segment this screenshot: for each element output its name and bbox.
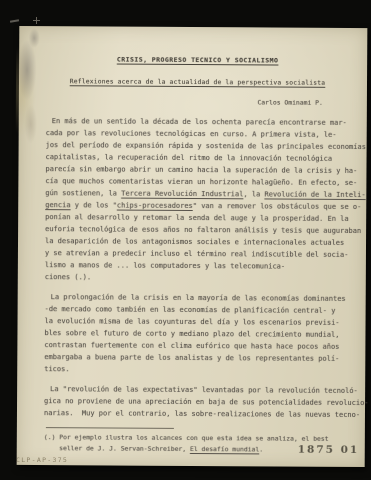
- author-name: Carlos Ominami P.: [46, 97, 349, 107]
- pencil-dash-mark: [10, 19, 19, 23]
- document-body: En más de un sentido la década de los oc…: [44, 115, 349, 421]
- pencil-plus-mark: [33, 17, 40, 24]
- plus-mark-vertical: [36, 17, 37, 24]
- document-title: CRISIS, PROGRESO TECNICO Y SOCIALISMO: [46, 55, 349, 65]
- paragraph: La "revolución de las expectativas" leva…: [44, 383, 347, 421]
- text-line: narias. Muy por el contrario, las sobre-…: [44, 407, 347, 421]
- typewritten-content: CRISIS, PROGRESO TECNICO Y SOCIALISMO Re…: [44, 53, 349, 455]
- text-line: ticos.: [44, 363, 347, 377]
- paragraph: En más de un sentido la década de los oc…: [45, 115, 349, 285]
- paper-sheet: CRISIS, PROGRESO TECNICO Y SOCIALISMO Re…: [17, 26, 368, 467]
- paragraph: La prolongación de la crisis en la mayor…: [44, 291, 348, 377]
- scanned-document-page: CRISIS, PROGRESO TECNICO Y SOCIALISMO Re…: [0, 0, 371, 480]
- footnote-separator: [46, 427, 174, 429]
- archive-number-stamp: 1875 01: [298, 444, 360, 456]
- document-subtitle: Reflexiones acerca de la actualidad de l…: [46, 78, 349, 87]
- text-line: ciones (.).: [45, 271, 348, 285]
- text-line: embargaba a buena parte de los analistas…: [44, 351, 347, 365]
- archive-corner-label: CLP-AP-375: [16, 456, 68, 464]
